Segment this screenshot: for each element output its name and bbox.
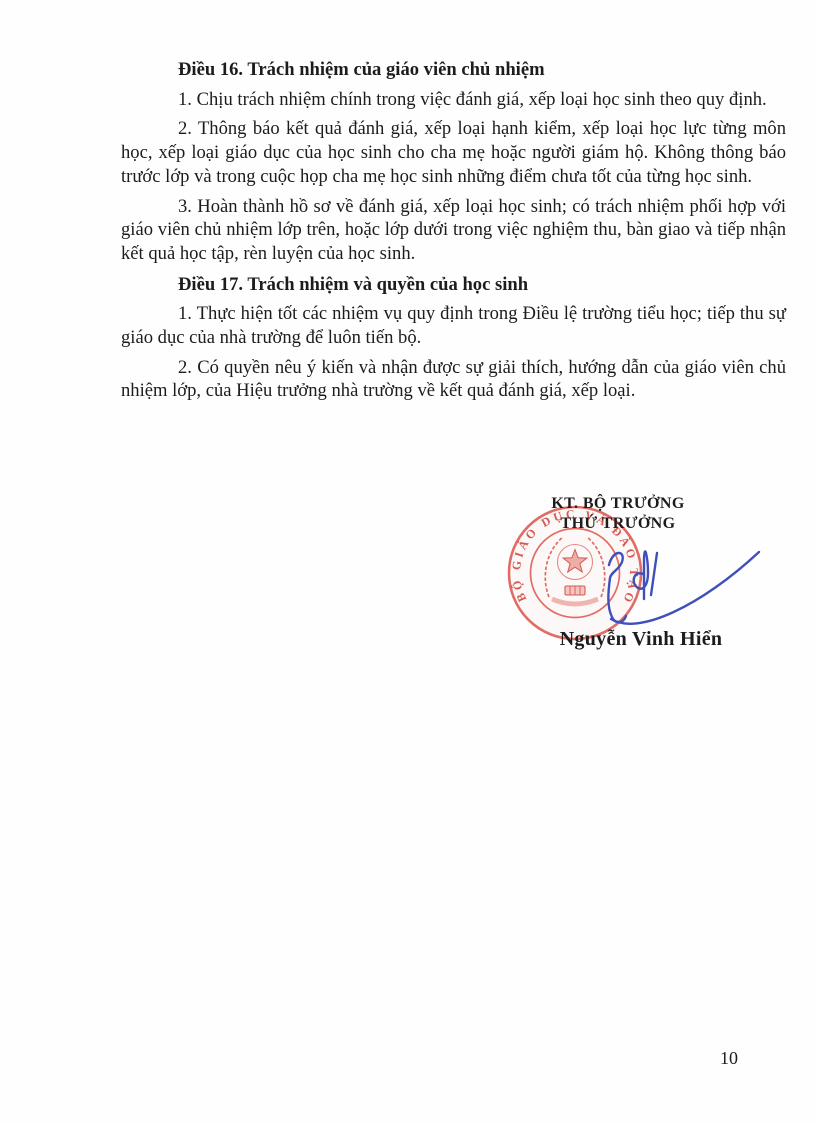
document-text: Điều 16. Trách nhiệm của giáo viên chủ n… <box>121 58 786 403</box>
article-16-clause-2: 2. Thông báo kết quả đánh giá, xếp loại … <box>121 117 786 188</box>
signer-title-line: THỨ TRƯỞNG <box>500 514 736 534</box>
article-16-clause-1: 1. Chịu trách nhiệm chính trong việc đán… <box>121 88 786 112</box>
article-17-clause-1: 1. Thực hiện tốt các nhiệm vụ quy định t… <box>121 302 786 349</box>
document-page: Điều 16. Trách nhiệm của giáo viên chủ n… <box>0 0 816 1123</box>
signer-name: Nguyễn Vinh Hiển <box>520 628 762 651</box>
page-number: 10 <box>708 1048 750 1069</box>
article-16-clause-3: 3. Hoàn thành hồ sơ về đánh giá, xếp loạ… <box>121 195 786 266</box>
article-17-heading: Điều 17. Trách nhiệm và quyền của học si… <box>121 273 786 297</box>
article-16-heading: Điều 16. Trách nhiệm của giáo viên chủ n… <box>121 58 786 82</box>
signature-titles: KT. BỘ TRƯỞNG THỨ TRƯỞNG <box>500 494 736 533</box>
signing-authority-line: KT. BỘ TRƯỞNG <box>500 494 736 514</box>
article-17-clause-2: 2. Có quyền nêu ý kiến và nhận được sự g… <box>121 356 786 403</box>
handwritten-signature-icon <box>593 543 765 639</box>
